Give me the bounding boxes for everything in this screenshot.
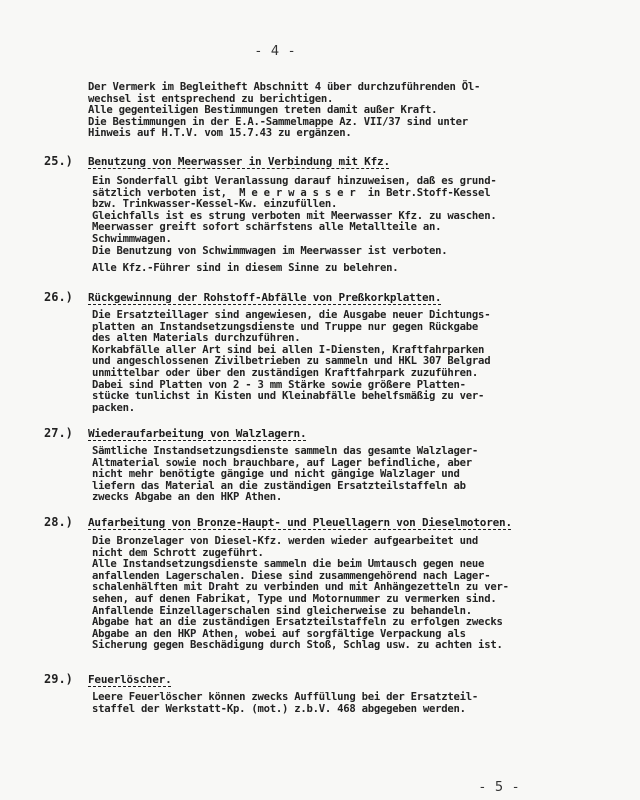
text-line: Der Vermerk im Begleitheft Abschnitt 4 ü… <box>88 82 628 94</box>
text-line: Hinweis auf H.T.V. vom 15.7.43 zu ergänz… <box>88 128 628 140</box>
section-heading: Rückgewinnung der Rohstoff-Abfälle von P… <box>88 291 441 304</box>
text-line: Abgabe hat an die zuständigen Ersatzteil… <box>92 617 632 629</box>
text-line: sehen, auf denen Fabrikat, Type und Moto… <box>92 594 632 606</box>
text-line: Meerwasser greift sofort schärfstens all… <box>92 222 632 234</box>
text-line: zwecks Abgabe an den HKP Athen. <box>92 492 632 504</box>
bottom-page-number: - 5 - <box>480 780 521 795</box>
section-number: 27.) <box>44 426 73 440</box>
section-body: Die Bronzelager von Diesel-Kfz. werden w… <box>92 536 632 652</box>
text-line: Leere Feuerlöscher können zwecks Auffüll… <box>92 692 632 704</box>
section-number: 26.) <box>44 290 73 304</box>
text-line: Die Benutzung von Schwimmwagen im Meerwa… <box>92 246 632 258</box>
intro-paragraph: Der Vermerk im Begleitheft Abschnitt 4 ü… <box>88 82 628 140</box>
text-line: Die Bronzelager von Diesel-Kfz. werden w… <box>92 536 632 548</box>
text-line: Sämtliche Instandsetzungsdienste sammeln… <box>92 446 632 458</box>
document-page: - 4 - Der Vermerk im Begleitheft Abschni… <box>0 0 640 800</box>
text-line: Die Ersatzteillager sind angewiesen, die… <box>92 310 632 322</box>
section-heading: Benutzung von Meerwasser in Verbindung m… <box>88 155 390 168</box>
text-line: unmittelbar oder über den zuständigen Kr… <box>92 368 632 380</box>
text-line: Schwimmwagen. <box>92 234 632 246</box>
section-heading: Feuerlöscher. <box>88 673 172 686</box>
section-number: 25.) <box>44 154 73 168</box>
text-line: Ein Sonderfall gibt Veranlassung darauf … <box>92 176 632 188</box>
text-line: Sicherung gegen Beschädigung durch Stoß,… <box>92 640 632 652</box>
text-line: Alle Kfz.-Führer sind in diesem Sinne zu… <box>92 263 632 275</box>
section-heading: Aufarbeitung von Bronze-Haupt- und Pleue… <box>88 516 512 529</box>
section-body: Ein Sonderfall gibt Veranlassung darauf … <box>92 176 632 275</box>
section-number: 29.) <box>44 672 73 686</box>
section-number: 28.) <box>44 515 73 529</box>
section-heading: Wiederaufarbeitung von Walzlagern. <box>88 427 306 440</box>
top-page-number: - 4 - <box>256 44 297 59</box>
section-body: Sämtliche Instandsetzungsdienste sammeln… <box>92 446 632 504</box>
section-body: Die Ersatzteillager sind angewiesen, die… <box>92 310 632 414</box>
text-line: packen. <box>92 403 632 415</box>
text-line: staffel der Werkstatt-Kp. (mot.) z.b.V. … <box>92 704 632 716</box>
section-body: Leere Feuerlöscher können zwecks Auffüll… <box>92 692 632 715</box>
text-line: stücke tunlichst in Kisten und Kleinabfä… <box>92 391 632 403</box>
